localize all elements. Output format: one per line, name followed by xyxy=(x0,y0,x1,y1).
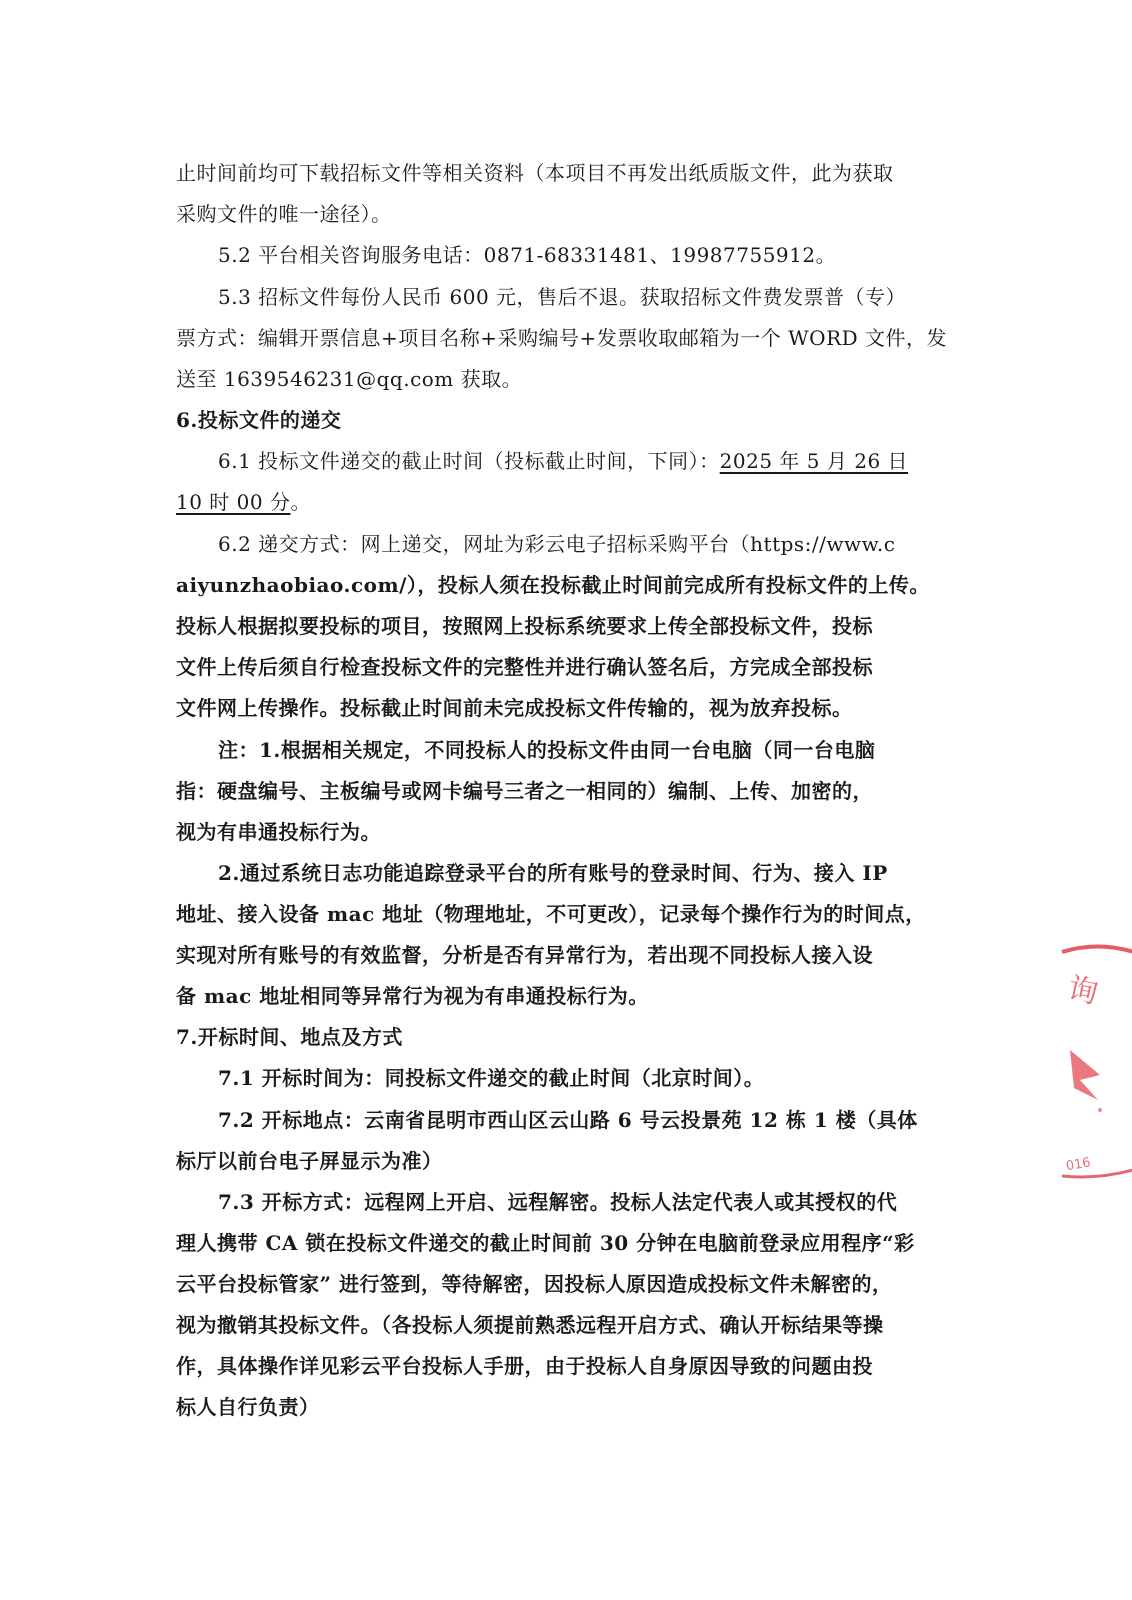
seal-icon: 询 016 xyxy=(1060,940,1132,1180)
punctuation: 。 xyxy=(290,490,311,514)
text-line: 送至 1639546231@qq.com 获取。 xyxy=(176,366,522,392)
text-line: 投标人根据拟要投标的项目，按照网上投标系统要求上传全部投标文件，投标 xyxy=(176,613,873,639)
text-line: 6.2 递交方式：网上递交，网址为彩云电子招标采购平台（https://www.… xyxy=(218,531,895,557)
text-line: 2.通过系统日志功能追踪登录平台的所有账号的登录时间、行为、接入 IP xyxy=(218,860,888,886)
red-seal-stamp: 询 016 xyxy=(1060,940,1132,1180)
text-line: 注：1.根据相关规定，不同投标人的投标文件由同一台电脑（同一台电脑 xyxy=(218,737,875,763)
text-line: 标厅以前台电子屏显示为准） xyxy=(176,1148,443,1174)
deadline-date: 2025 年 5 月 26 日 xyxy=(720,449,908,473)
text-line: aiyunzhaobiao.com/），投标人须在投标截止时间前完成所有投标文件… xyxy=(176,572,930,598)
document-page: 止时间前均可下载招标文件等相关资料（本项目不再发出纸质版文件，此为获取 采购文件… xyxy=(0,0,1132,1600)
text-line: 视为撤销其投标文件。（各投标人须提前熟悉远程开启方式、确认开标结果等操 xyxy=(176,1312,884,1338)
section-heading-7: 7.开标时间、地点及方式 xyxy=(176,1024,403,1050)
text-line: 备 mac 地址相同等异常行为视为有串通投标行为。 xyxy=(176,983,649,1009)
svg-text:016: 016 xyxy=(1065,1155,1092,1174)
text-line: 采购文件的唯一途径）。 xyxy=(176,201,392,227)
text-line: 7.3 开标方式：远程网上开启、远程解密。投标人法定代表人或其授权的代 xyxy=(218,1189,897,1215)
text-line-deadline: 6.1 投标文件递交的截止时间（投标截止时间，下同）：2025 年 5 月 26… xyxy=(218,448,908,474)
svg-text:询: 询 xyxy=(1065,971,1102,1011)
text-line: 理人携带 CA 锁在投标文件递交的截止时间前 30 分钟在电脑前登录应用程序“彩 xyxy=(176,1230,915,1256)
text-line: 7.1 开标时间为：同投标文件递交的截止时间（北京时间）。 xyxy=(218,1065,764,1091)
text-line: 票方式：编辑开票信息+项目名称+采购编号+发票收取邮箱为一个 WORD 文件，发 xyxy=(176,325,947,351)
text-line: 标人自行负责） xyxy=(176,1394,320,1420)
section-heading-6: 6.投标文件的递交 xyxy=(176,407,341,433)
text-line: 止时间前均可下载招标文件等相关资料（本项目不再发出纸质版文件，此为获取 xyxy=(176,160,894,186)
text-line: 地址、接入设备 mac 地址（物理地址，不可更改），记录每个操作行为的时间点， xyxy=(176,901,926,927)
text-line-deadline-time: 10 时 00 分。 xyxy=(176,489,311,515)
text-line: 视为有串通投标行为。 xyxy=(176,819,381,845)
text-line: 5.3 招标文件每份人民币 600 元，售后不退。获取招标文件费发票普（专） xyxy=(218,284,906,310)
text-line: 7.2 开标地点：云南省昆明市西山区云山路 6 号云投景苑 12 栋 1 楼（具… xyxy=(218,1107,918,1133)
deadline-label: 6.1 投标文件递交的截止时间（投标截止时间，下同）： xyxy=(218,449,720,473)
text-line: 作，具体操作详见彩云平台投标人手册，由于投标人自身原因导致的问题由投 xyxy=(176,1353,873,1379)
text-line: 云平台投标管家” 进行签到，等待解密，因投标人原因造成投标文件未解密的， xyxy=(176,1271,892,1297)
text-line: 实现对所有账号的有效监督，分析是否有异常行为，若出现不同投标人接入设 xyxy=(176,942,873,968)
deadline-time: 10 时 00 分 xyxy=(176,490,290,514)
text-line: 指：硬盘编号、主板编号或网卡编号三者之一相同的）编制、上传、加密的， xyxy=(176,778,873,804)
text-line: 5.2 平台相关咨询服务电话：0871-68331481、19987755912… xyxy=(218,242,836,268)
text-line: 文件网上传操作。投标截止时间前未完成投标文件传输的，视为放弃投标。 xyxy=(176,695,853,721)
text-line: 文件上传后须自行检查投标文件的完整性并进行确认签名后，方完成全部投标 xyxy=(176,654,873,680)
